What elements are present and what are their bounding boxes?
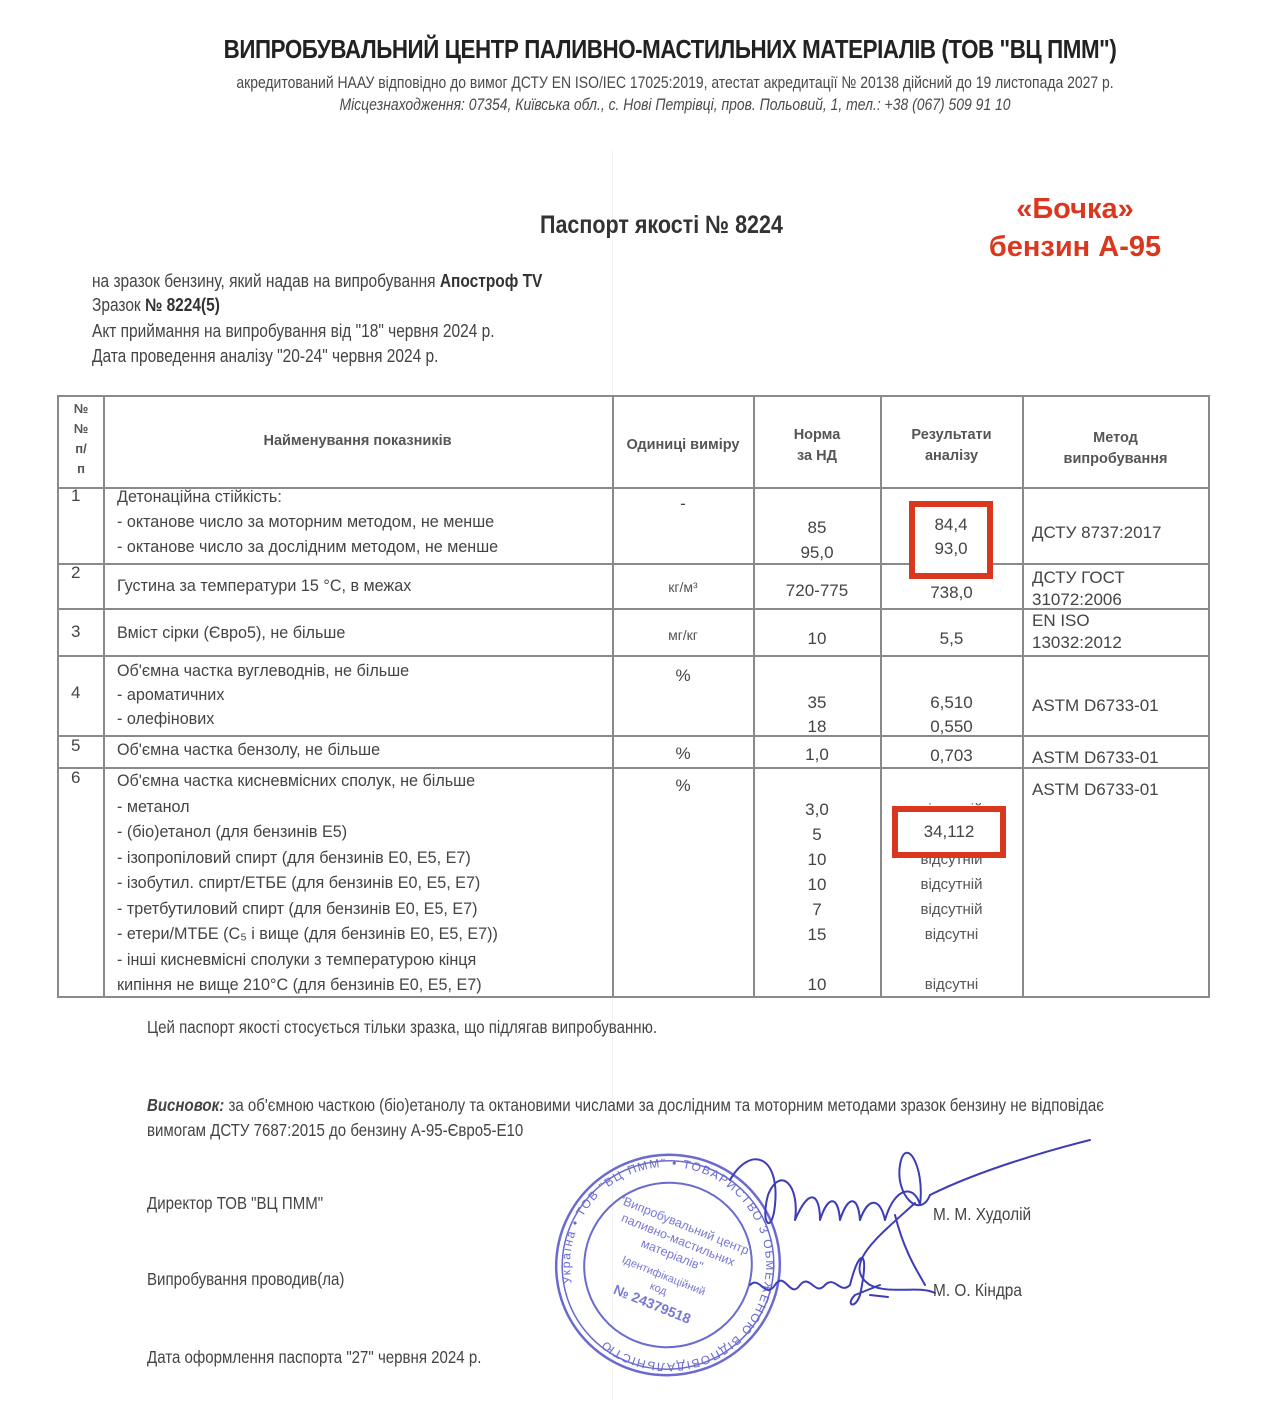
row-units: - [614, 491, 752, 516]
organization-name: ВИПРОБУВАЛЬНИЙ ЦЕНТР ПАЛИВНО-МАСТИЛЬНИХ … [94, 34, 1246, 65]
highlight-box-octane: 84,493,0 [909, 501, 993, 579]
overlay-label-line2: бензин А-95 [960, 228, 1190, 266]
row-result: 738,0 [882, 580, 1021, 605]
col-divider [1022, 395, 1024, 998]
row-norm: 720-775 [755, 578, 879, 603]
table-border-right [1208, 395, 1210, 998]
row-units: мг/кг [614, 623, 752, 648]
director-label: Директор ТОВ "ВЦ ПММ" [147, 1193, 323, 1214]
row-units: % [614, 741, 752, 766]
address-line: Місцезнаходження: 07354, Київська обл., … [122, 95, 1229, 115]
row-method: EN ISO13032:2012 [1032, 610, 1122, 654]
tester-name: М. О. Кіндра [933, 1280, 1022, 1301]
table-border-top [57, 395, 1210, 397]
overlay-label: «Бочка» бензин А-95 [960, 190, 1190, 266]
row-num: 2 [71, 560, 80, 585]
accreditation-line: акредитований НААУ відповідно до вимог Д… [122, 73, 1229, 93]
row-norm: 8595,0 [755, 515, 879, 565]
row-method: ДСТУ 8737:2017 [1032, 520, 1162, 545]
header-method: Методвипробування [1024, 428, 1207, 470]
row-num: 4 [71, 680, 80, 705]
header-units: Одиниці виміру [614, 435, 752, 456]
issue-date: Дата оформлення паспорта "27" червня 202… [147, 1347, 481, 1368]
row-result: 5,5 [882, 626, 1021, 651]
row-num: 3 [71, 619, 80, 644]
intro-sample-line: Зразок № 8224(5) [92, 295, 220, 316]
document-title: Паспорт якості № 8224 [540, 211, 783, 240]
row-divider [57, 563, 1210, 565]
row-result: 84,493,0 [915, 507, 987, 561]
row-method: ASTM D6733-01 [1032, 777, 1159, 802]
header-name: Найменування показників [105, 431, 610, 452]
client-name: Апостроф TV [440, 271, 543, 291]
col-divider [612, 395, 614, 998]
row-num: 5 [71, 733, 80, 758]
row-num: 1 [71, 483, 80, 508]
director-name: М. М. Худолій [933, 1204, 1031, 1225]
row-units: кг/м³ [614, 575, 752, 600]
header-result: Результатианалізу [882, 425, 1021, 467]
row-norm: 3518 [755, 691, 879, 739]
row-name: Густина за температури 15 °С, в межах [117, 573, 411, 598]
intro-acceptance-line: Акт приймання на випробування від "18" ч… [92, 321, 495, 342]
sample-number: № 8224(5) [145, 295, 220, 315]
overlay-label-line1: «Бочка» [960, 190, 1190, 228]
row-name: Об'ємна частка кисневмісних сполук, не б… [117, 768, 498, 998]
header-num: №№п/п [61, 399, 101, 479]
footer-note: Цей паспорт якості стосується тільки зра… [147, 1017, 657, 1038]
row-method: ASTM D6733-01 [1032, 745, 1159, 770]
quality-table: №№п/п Найменування показників Одиниці ви… [57, 395, 1210, 998]
row-units: % [614, 663, 752, 688]
header-norm: Нормаза НД [755, 425, 879, 467]
intro-analysis-date-line: Дата проведення аналізу "20-24" червня 2… [92, 346, 438, 367]
tester-label: Випробування проводив(ла) [147, 1269, 344, 1290]
intro-client-line: на зразок бензину, який надав на випробу… [92, 271, 542, 292]
ethanol-result: 34,112 [898, 812, 1000, 844]
row-result: 6,5100,550 [882, 691, 1021, 739]
signature-marks [720, 1125, 1120, 1325]
row-method: ДСТУ ГОСТ31072:2006 [1032, 567, 1125, 611]
row-name: Детонаційна стійкість:- октанове число з… [117, 484, 498, 559]
row-name: Об'ємна частка бензолу, не більше [117, 737, 380, 762]
row-name: Вміст сірки (Євро5), не більше [117, 620, 345, 645]
row-name: Об'ємна частка вуглеводнів, не більше- а… [117, 659, 409, 731]
row-norm: 3,0 5 10 10 7 15 10 [755, 797, 879, 997]
row-method: ASTM D6733-01 [1032, 693, 1159, 718]
col-divider [103, 395, 105, 998]
row-divider [57, 655, 1210, 657]
row-norm: 10 [755, 626, 879, 651]
conclusion-label: Висновок: [147, 1095, 224, 1115]
row-norm: 1,0 [755, 742, 879, 767]
highlight-box-ethanol: 34,112 [892, 806, 1006, 858]
row-num: 6 [71, 765, 80, 790]
row-units: % [614, 773, 752, 798]
table-border-left [57, 395, 59, 998]
row-result: 0,703 [882, 743, 1021, 768]
